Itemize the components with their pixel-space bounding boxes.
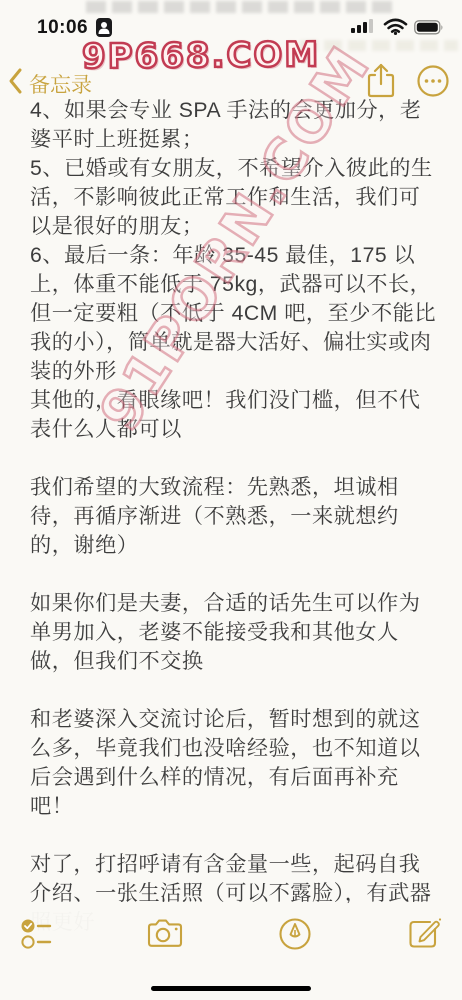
note-paragraph: 5、已婚或有女朋友，不希望介入彼此的生活，不影响彼此正常工作和生活，我们可以是很… bbox=[30, 154, 436, 241]
note-paragraph bbox=[30, 560, 436, 589]
ghost-bleed-text-top bbox=[86, 1, 392, 13]
share-button[interactable] bbox=[366, 62, 396, 100]
site-watermark-top: 9P668.COM bbox=[82, 35, 320, 77]
status-time: 10:06 bbox=[37, 17, 88, 39]
note-paragraph: 4、如果会专业 SPA 手法的会更加分，老婆平时上班挺累； bbox=[30, 96, 436, 154]
more-options-button[interactable] bbox=[416, 64, 450, 98]
note-paragraph: 我们希望的大致流程：先熟悉，坦诚相待，再循序渐进（不熟悉，一来就想约的，谢绝） bbox=[30, 473, 436, 560]
compose-button[interactable] bbox=[404, 915, 444, 953]
wifi-icon bbox=[384, 19, 407, 40]
note-paragraph bbox=[30, 444, 436, 473]
status-right-icons bbox=[351, 19, 444, 40]
note-paragraph bbox=[30, 821, 436, 850]
back-chevron-icon bbox=[8, 68, 23, 99]
note-paragraph: 和老婆深入交流讨论后，暂时想到的就这么多，毕竟我们也没啥经验，也不知道以后会遇到… bbox=[30, 705, 436, 821]
camera-button[interactable] bbox=[145, 915, 185, 953]
note-paragraph bbox=[30, 676, 436, 705]
note-content[interactable]: 4、如果会专业 SPA 手法的会更加分，老婆平时上班挺累；5、已婚或有女朋友，不… bbox=[30, 96, 436, 1000]
profile-badge-icon bbox=[96, 18, 112, 37]
checklist-button[interactable] bbox=[16, 915, 56, 953]
battery-icon bbox=[414, 20, 444, 40]
nav-actions bbox=[366, 62, 450, 100]
note-paragraph: 其他的，看眼缘吧！我们没门槛，但不代表什么人都可以 bbox=[30, 386, 436, 444]
notes-app-screen: 10:06 bbox=[0, 0, 462, 1000]
cellular-signal-icon bbox=[351, 19, 377, 40]
note-paragraph: 6、最后一条：年龄 35-45 最佳，175 以上，体重不能低于 75kg，武器… bbox=[30, 241, 436, 386]
markup-button[interactable] bbox=[275, 915, 315, 953]
home-indicator[interactable] bbox=[151, 986, 311, 991]
back-button[interactable]: 备忘录 bbox=[8, 68, 92, 99]
note-paragraph: 如果你们是夫妻，合适的话先生可以作为单男加入，老婆不能接受我和其他女人做，但我们… bbox=[30, 589, 436, 676]
